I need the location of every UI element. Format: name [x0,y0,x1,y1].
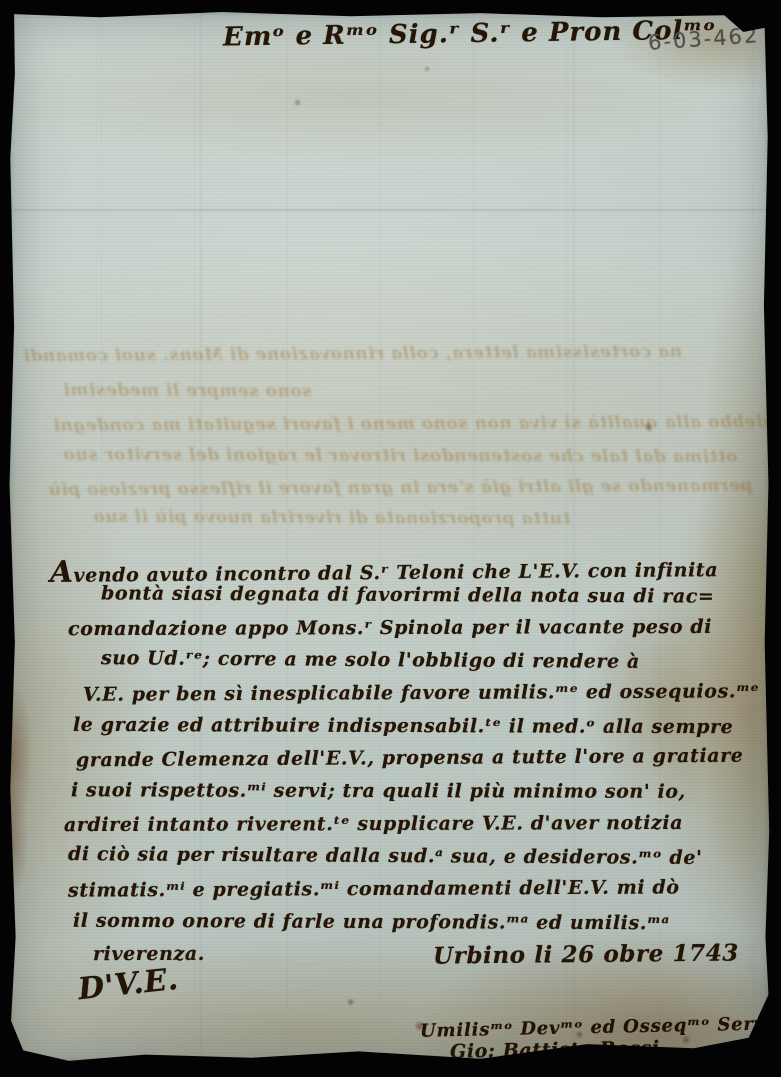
ink-showthrough-line: permanendo se gli altri già s'era in gra… [48,476,752,500]
body-line: bontà siasi degnata di favorirmi della n… [101,582,715,607]
salutation-header: Emᵒ e Rᵐᵒ Sig.ʳ S.ʳ e Pron Colᵐᵒ [223,16,717,53]
vertical-fold-crease [573,11,575,1063]
body-line: comandazione appo Mons.ʳ Spinola per il … [68,616,712,640]
body-line: ardirei intanto riverent.ᵗᵉ supplicare V… [64,812,683,836]
body-line: V.E. per ben sì inesplicabile favore umi… [83,680,760,706]
body-line: suo Ud.ʳᵉ; corre a me solo l'obbligo di … [101,647,640,673]
dateline: Urbino li 26 obre 1743 [433,939,739,969]
body-line: riverenza. [93,943,205,965]
ink-showthrough-line: sono sempre li medesimi [63,380,312,401]
manuscript-scan: na cortesissima lettera, colla rinnovazi… [0,0,781,1077]
body-line: i suoi rispettos.ᵐⁱ servi; tra quali il … [71,779,686,803]
vertical-fold-crease [200,11,202,1063]
ink-showthrough-line: ottima dal tale che sostenendosi ritrova… [63,445,738,467]
letter-page: na cortesissima lettera, colla rinnovazi… [8,11,770,1063]
ink-showthrough-line: debbo alla qualità sì viva non sono meno… [53,412,768,436]
horizontal-fold-crease [8,209,770,211]
foxing-stains-overlay [8,11,770,1063]
body-line: il sommo onore di farle una profondis.ᵐᵃ… [73,910,670,935]
laid-paper-texture [8,11,770,1063]
body-line: di ciò sia per risultare dalla sud.ᵃ sua… [68,843,703,869]
body-line: stimatis.ᵐⁱ e pregiatis.ᵐⁱ comandamenti … [68,876,680,901]
ink-showthrough-line: tutta proporzionata di riverirla nuovo p… [93,507,570,529]
signature-name: Gio: Battista Rossi [450,1037,660,1063]
ink-showthrough-line: na cortesissima lettera, colla rinnovazi… [23,342,682,367]
body-line: le grazie ed attribuire indispensabil.ᵗᵉ… [73,714,733,738]
body-line: grande Clemenza dell'E.V., propensa a tu… [76,745,744,772]
closing-formula: D'V.E. [76,962,180,1007]
